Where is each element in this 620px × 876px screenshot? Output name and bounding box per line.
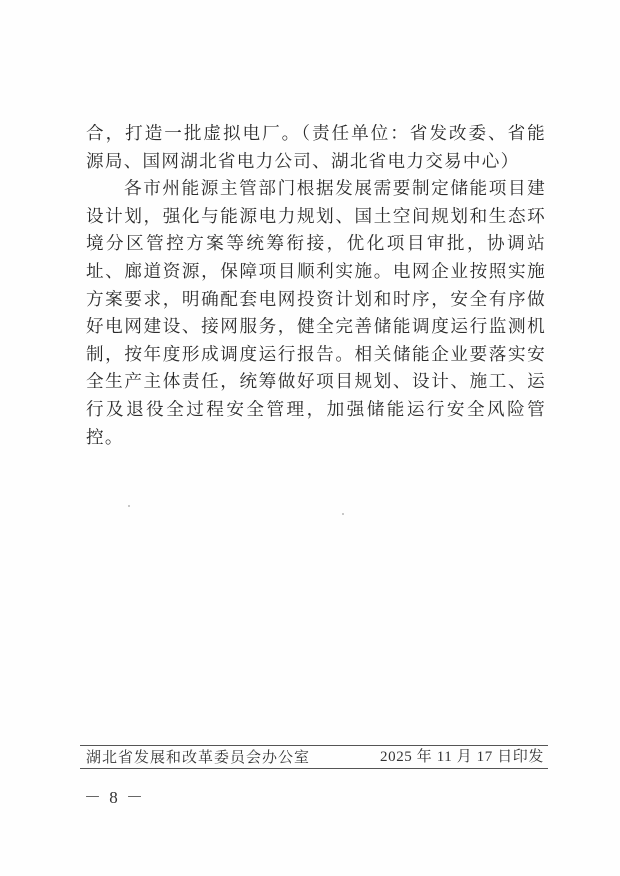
paragraph-implementation: 各市州能源主管部门根据发展需要制定储能项目建设计划，强化与能源电力规划、国土空间…	[86, 176, 546, 452]
imprint-block: 湖北省发展和改革委员会办公室 2025 年 11 月 17 日印发	[80, 745, 548, 769]
paragraph-continuation: 合，打造一批虚拟电厂。（责任单位：省发改委、省能源局、国网湖北省电力公司、湖北省…	[86, 121, 546, 176]
imprint-date: 2025 年 11 月 17 日印发	[380, 746, 544, 768]
scan-speck	[128, 505, 130, 507]
page-number: － 8 －	[84, 783, 145, 808]
document-page: 合，打造一批虚拟电厂。（责任单位：省发改委、省能源局、国网湖北省电力公司、湖北省…	[0, 0, 620, 876]
document-body: 合，打造一批虚拟电厂。（责任单位：省发改委、省能源局、国网湖北省电力公司、湖北省…	[86, 121, 546, 452]
imprint-issuer: 湖北省发展和改革委员会办公室	[86, 746, 310, 768]
scan-speck	[342, 513, 344, 515]
